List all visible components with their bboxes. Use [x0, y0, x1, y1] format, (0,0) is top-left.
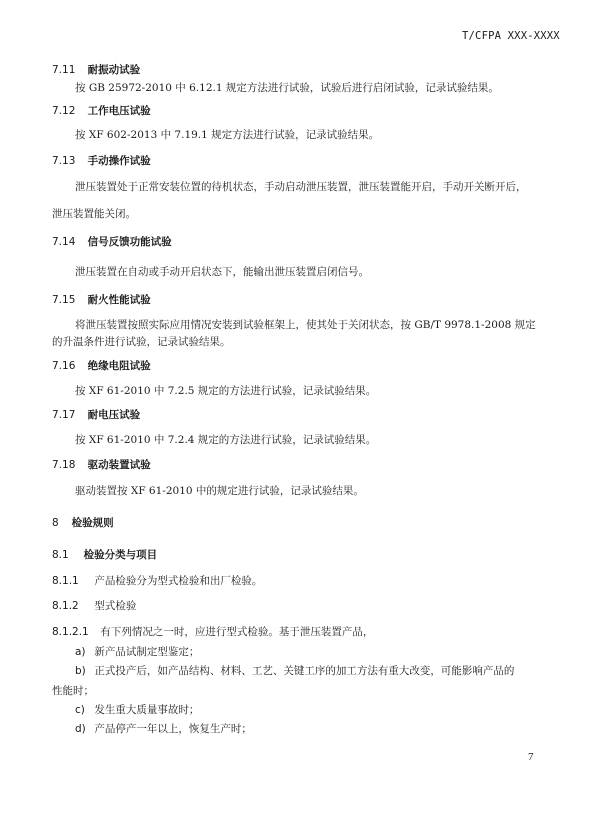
section-heading-7-14: 7.14 信号反馈功能试验 [52, 235, 172, 249]
list-label: c) [75, 703, 91, 717]
section-title: 信号反馈功能试验 [88, 236, 172, 248]
clause-8-1-2-1: 8.1.2.1 有下列情况之一时，应进行型式检验。基于泄压装置产品， [52, 625, 373, 639]
section-body: 按 XF 61-2010 中 7.2.5 规定的方法进行试验，记录试验结果。 [75, 384, 376, 398]
chapter-title: 检验规则 [72, 517, 114, 529]
section-heading-7-15: 7.15 耐火性能试验 [52, 293, 151, 307]
clause-text: 产品检验分为型式检验和出厂检验。 [94, 575, 262, 587]
chapter-heading-8: 8 检验规则 [52, 516, 114, 530]
section-body: 泄压装置处于正常安装位置的待机状态，手动启动泄压装置，泄压装置能开启，手动开关断… [75, 180, 527, 194]
section-body: 驱动装置按 XF 61-2010 中的规定进行试验，记录试验结果。 [75, 484, 364, 498]
list-item-b-cont: 性能时； [52, 684, 94, 698]
clause-8-1-1: 8.1.1 产品检验分为型式检验和出厂检验。 [52, 574, 262, 588]
list-label: b) [75, 664, 91, 678]
section-body-cont: 泄压装置能关闭。 [52, 207, 136, 221]
clause-8-1-2: 8.1.2 型式检验 [52, 599, 136, 613]
section-title: 耐火性能试验 [88, 294, 151, 306]
document-code: T/CFPA XXX-XXXX [462, 29, 560, 43]
section-body: 将泄压装置按照实际应用情况安装到试验框架上，使其处于关闭状态，按 GB/T 99… [75, 318, 536, 332]
section-body: 按 XF 61-2010 中 7.2.4 规定的方法进行试验，记录试验结果。 [75, 433, 376, 447]
section-heading-7-17: 7.17 耐电压试验 [52, 408, 140, 422]
section-title: 检验分类与项目 [84, 549, 158, 561]
list-item-c: c) 发生重大质量事故时； [75, 703, 199, 717]
section-number: 7.15 [52, 293, 84, 307]
section-title: 绝缘电阻试验 [88, 360, 151, 372]
section-title: 手动操作试验 [88, 155, 151, 167]
section-heading-7-13: 7.13 手动操作试验 [52, 154, 151, 168]
document-page: T/CFPA XXX-XXXX 7.11 耐振动试验 按 GB 25972-20… [0, 0, 591, 826]
section-body-cont: 的升温条件进行试验，记录试验结果。 [52, 335, 231, 349]
list-text: 发生重大质量事故时； [94, 704, 199, 716]
section-heading-7-12: 7.12 工作电压试验 [52, 104, 151, 118]
section-body: 按 XF 602-2013 中 7.19.1 规定方法进行试验，记录试验结果。 [75, 128, 379, 142]
section-body: 泄压装置在自动或手动开启状态下，能输出泄压装置启闭信号。 [75, 265, 369, 279]
chapter-number: 8 [52, 516, 68, 530]
section-number: 8.1 [52, 548, 80, 562]
section-title: 驱动装置试验 [88, 459, 151, 471]
list-label: d) [75, 722, 91, 736]
section-heading-7-11: 7.11 耐振动试验 [52, 63, 140, 77]
list-label: a) [75, 645, 91, 659]
section-number: 7.12 [52, 104, 84, 118]
section-number: 7.16 [52, 359, 84, 373]
clause-text: 有下列情况之一时，应进行型式检验。基于泄压装置产品， [100, 626, 373, 638]
list-text: 新产品试制定型鉴定； [94, 646, 199, 658]
section-body: 按 GB 25972-2010 中 6.12.1 规定方法进行试验，试验后进行启… [75, 81, 499, 95]
section-number: 7.13 [52, 154, 84, 168]
section-title: 工作电压试验 [88, 105, 151, 117]
list-text: 正式投产后，如产品结构、材料、工艺、关键工序的加工方法有重大改变，可能影响产品的 [94, 665, 514, 677]
clause-number: 8.1.2 [52, 599, 91, 613]
section-number: 7.11 [52, 63, 84, 77]
list-text: 产品停产一年以上，恢复生产时； [94, 723, 252, 735]
section-number: 7.14 [52, 235, 84, 249]
section-heading-7-16: 7.16 绝缘电阻试验 [52, 359, 151, 373]
section-heading-8-1: 8.1 检验分类与项目 [52, 548, 157, 562]
list-item-b: b) 正式投产后，如产品结构、材料、工艺、关键工序的加工方法有重大改变，可能影响… [75, 664, 514, 678]
clause-number: 8.1.2.1 [52, 625, 97, 639]
section-number: 7.17 [52, 408, 84, 422]
list-item-d: d) 产品停产一年以上，恢复生产时； [75, 722, 252, 736]
section-title: 耐电压试验 [88, 409, 141, 421]
clause-text: 型式检验 [94, 600, 136, 612]
page-number: 7 [528, 750, 534, 764]
clause-number: 8.1.1 [52, 574, 91, 588]
list-item-a: a) 新产品试制定型鉴定； [75, 645, 199, 659]
section-number: 7.18 [52, 458, 84, 472]
section-title: 耐振动试验 [88, 64, 141, 76]
section-heading-7-18: 7.18 驱动装置试验 [52, 458, 151, 472]
